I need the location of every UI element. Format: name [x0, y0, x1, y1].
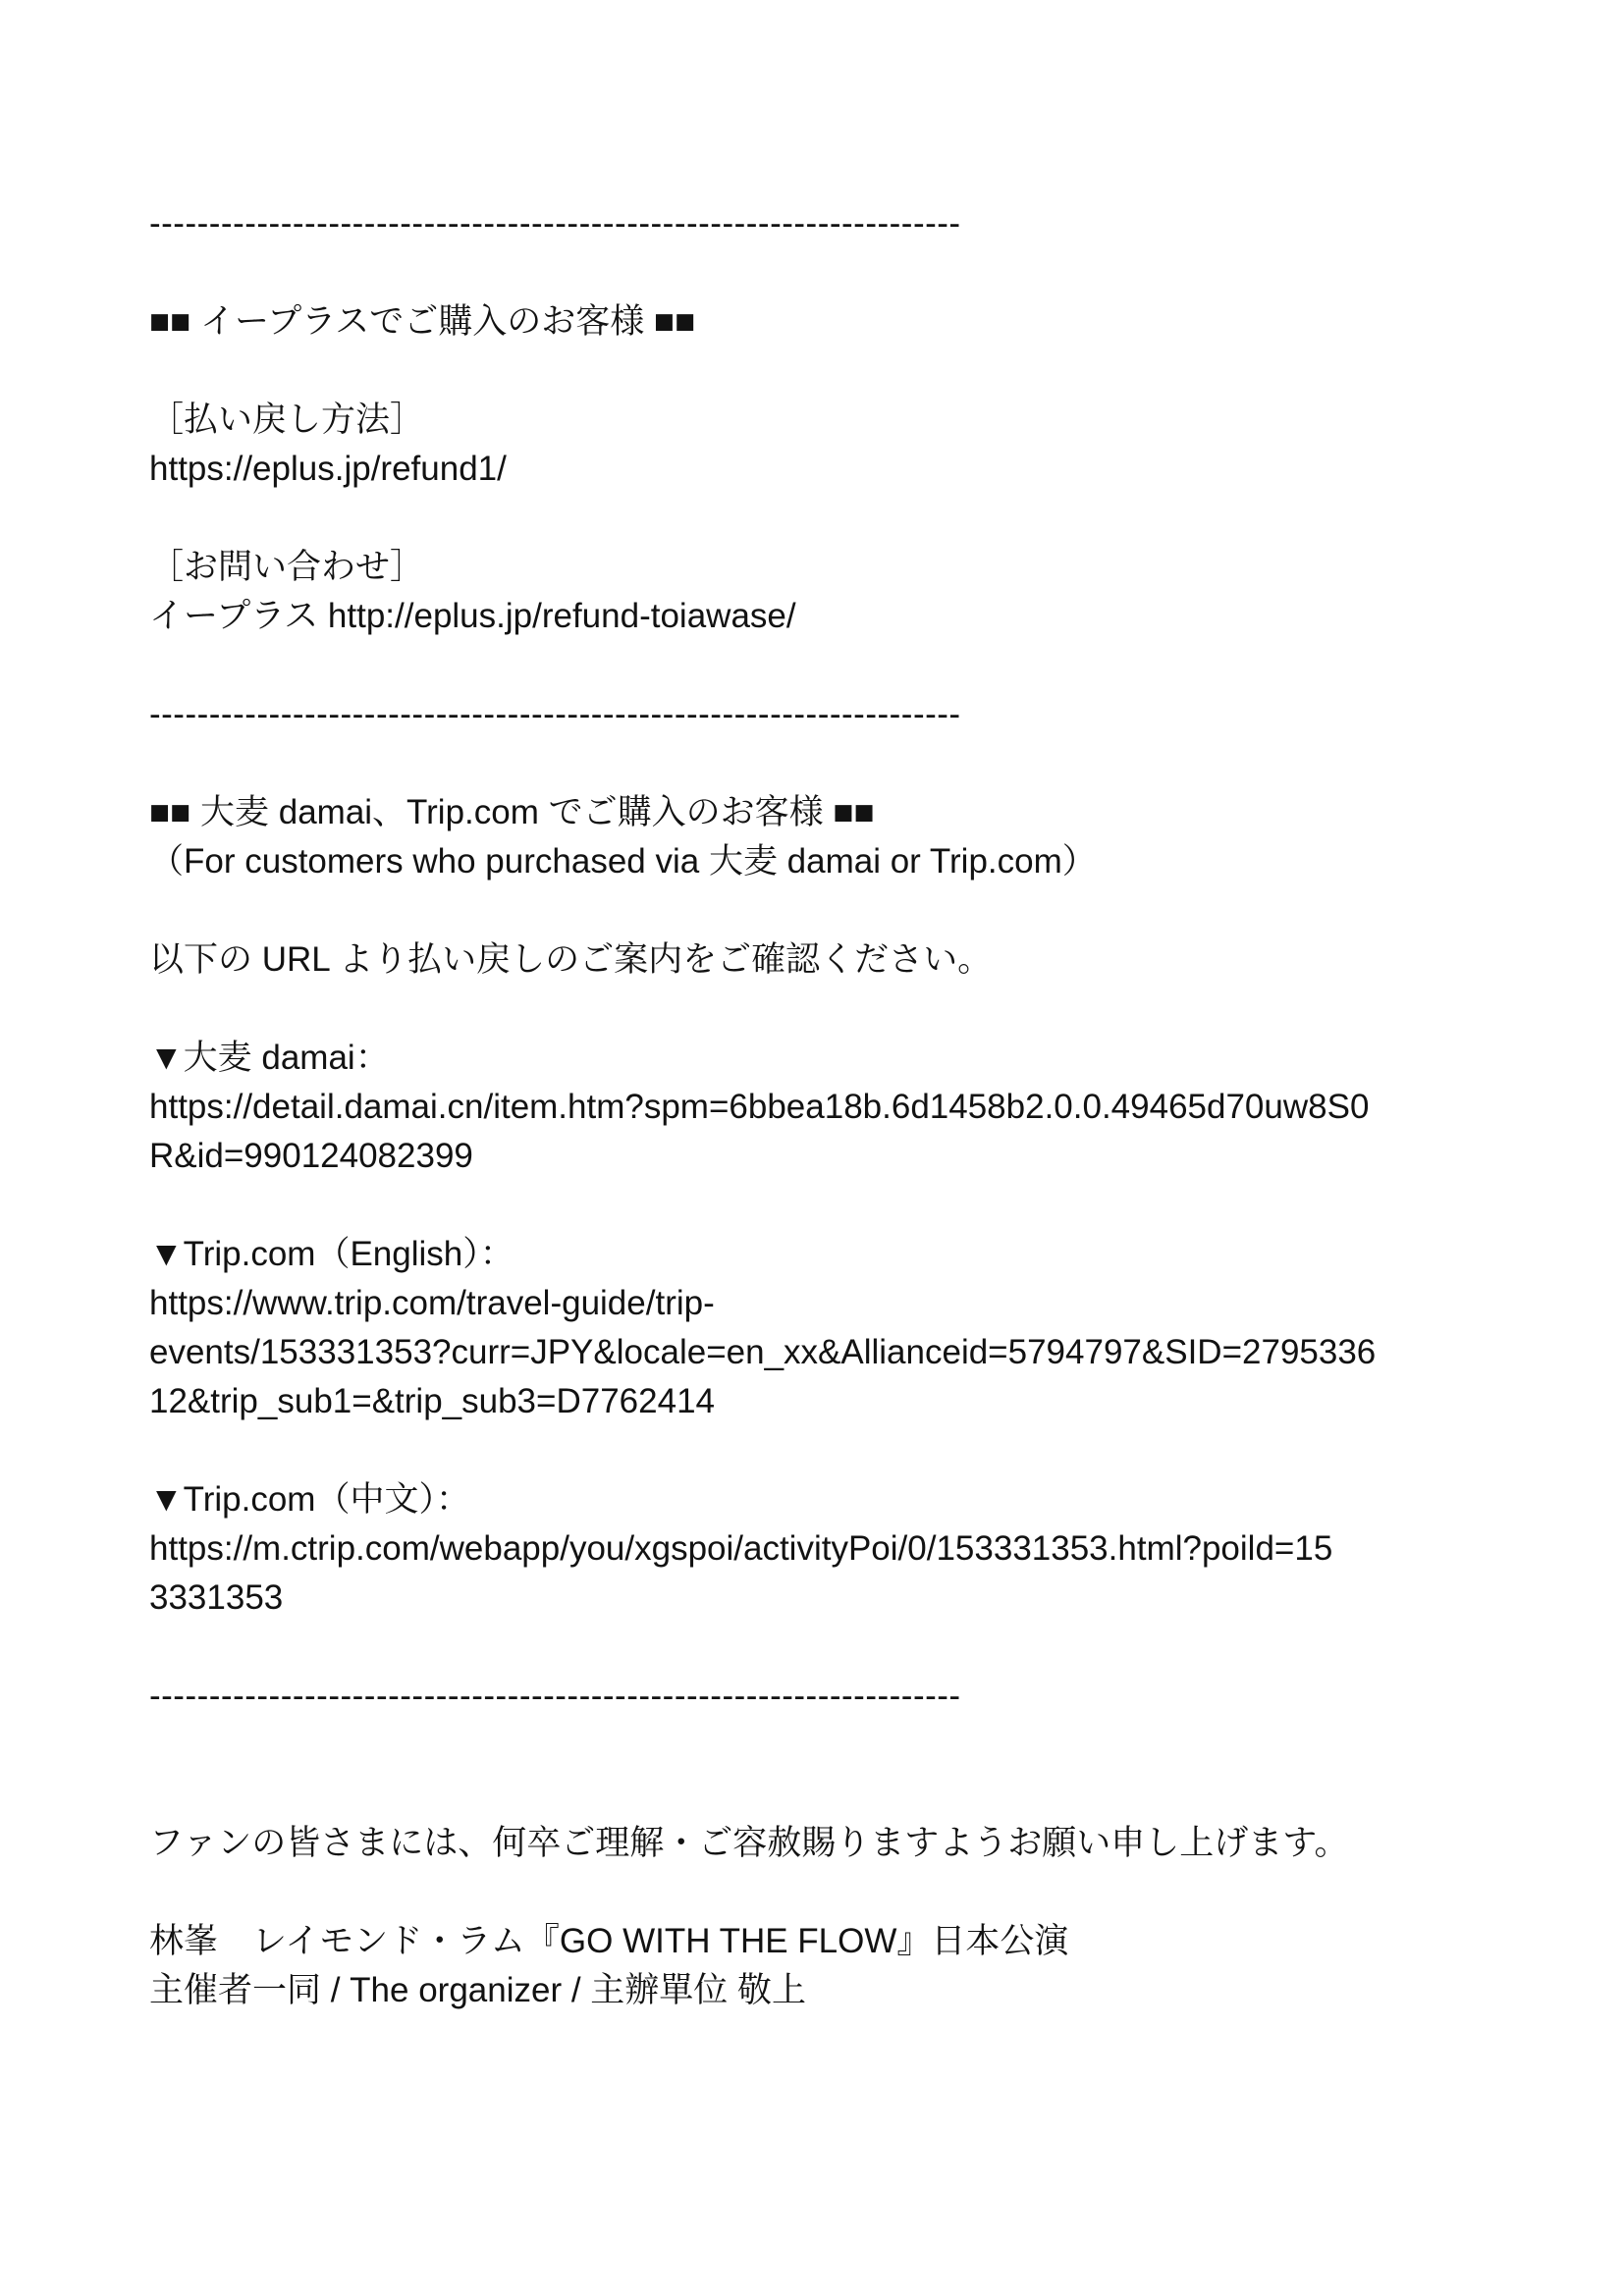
- blank-line: [149, 1868, 1544, 1917]
- blank-line: [149, 1721, 1544, 1770]
- blank-line: [149, 739, 1544, 788]
- blank-line: [149, 1770, 1544, 1819]
- damai-url-line-1: https://detail.damai.cn/item.htm?spm=6bb…: [149, 1083, 1544, 1132]
- blank-line: [149, 248, 1544, 297]
- section-heading-eplus: ■■ イープラスでご購入のお客様 ■■: [149, 297, 1544, 347]
- blank-line: [149, 1623, 1544, 1672]
- refund-method-label: ［払い戻し方法］: [149, 396, 1544, 445]
- trip-en-url-line-3: 12&trip_sub1=&trip_sub3=D7762414: [149, 1377, 1544, 1426]
- document-page: ----------------------------------------…: [0, 0, 1623, 2296]
- trip-en-label: ▼Trip.com（English）：: [149, 1230, 1544, 1279]
- blank-line: [149, 1181, 1544, 1230]
- trip-en-url-line-2: events/153331353?curr=JPY&locale=en_xx&A…: [149, 1328, 1544, 1377]
- section-heading-damai-trip-en: （For customers who purchased via 大麦 dama…: [149, 837, 1544, 886]
- blank-line: [149, 886, 1544, 935]
- refund-instruction: 以下の URL より払い戻しのご案内をご確認ください。: [149, 935, 1544, 985]
- damai-url-line-2: R&id=990124082399: [149, 1132, 1544, 1181]
- blank-line: [149, 641, 1544, 690]
- blank-line: [149, 347, 1544, 396]
- trip-cn-url-line-2: 3331353: [149, 1574, 1544, 1623]
- blank-line: [149, 1426, 1544, 1475]
- apology-line: ファンの皆さまには、何卒ご理解・ご容赦賜りますようお願い申し上げます。: [149, 1819, 1544, 1868]
- damai-label: ▼大麦 damai：: [149, 1034, 1544, 1083]
- blank-line: [149, 494, 1544, 543]
- organizer-signature: 主催者一同 / The organizer / 主辦單位 敬上: [149, 1966, 1544, 2015]
- contact-label: ［お問い合わせ］: [149, 543, 1544, 592]
- separator-line: ----------------------------------------…: [149, 1672, 1544, 1721]
- blank-line: [149, 985, 1544, 1034]
- separator-line: ----------------------------------------…: [149, 690, 1544, 739]
- event-name: 林峯 レイモンド・ラム『GO WITH THE FLOW』日本公演: [149, 1917, 1544, 1966]
- trip-en-url-line-1: https://www.trip.com/travel-guide/trip-: [149, 1279, 1544, 1328]
- trip-cn-url-line-1: https://m.ctrip.com/webapp/you/xgspoi/ac…: [149, 1524, 1544, 1574]
- trip-cn-label: ▼Trip.com（中文）：: [149, 1475, 1544, 1524]
- eplus-refund-url: https://eplus.jp/refund1/: [149, 445, 1544, 494]
- separator-line: ----------------------------------------…: [149, 199, 1544, 248]
- section-heading-damai-trip: ■■ 大麦 damai、Trip.com でご購入のお客様 ■■: [149, 788, 1544, 837]
- eplus-contact-line: イープラス http://eplus.jp/refund-toiawase/: [149, 592, 1544, 641]
